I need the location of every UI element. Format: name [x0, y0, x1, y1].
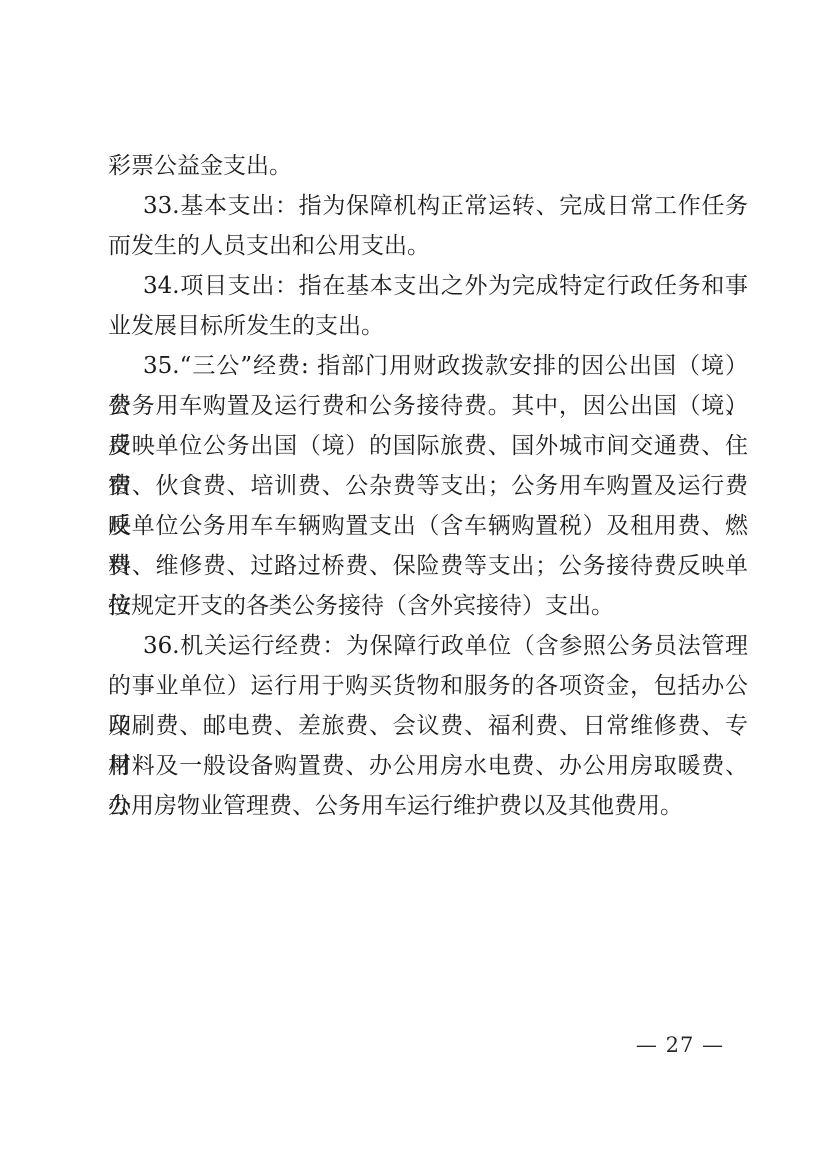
document-line: 34.项目支出：指在基本支出之外为完成特定行政任务和事	[108, 266, 748, 306]
document-line: 映单位公务用车车辆购置支出（含车辆购置税）及租用费、燃料	[108, 506, 748, 546]
document-line: 公用房物业管理费、公务用车运行维护费以及其他费用。	[108, 786, 748, 826]
document-line: 材料及一般设备购置费、办公用房水电费、办公用房取暖费、办	[108, 746, 748, 786]
page-number: — 27 —	[636, 1032, 724, 1058]
document-line: 而发生的人员支出和公用支出。	[108, 226, 748, 266]
document-line: 35.“三公”经费: 指部门用财政拨款安排的因公出国（境）费、	[108, 346, 748, 386]
document-line: 费、伙食费、培训费、公杂费等支出；公务用车购置及运行费反	[108, 466, 748, 506]
document-body: 彩票公益金支出。33.基本支出：指为保障机构正常运转、完成日常工作任务而发生的人…	[108, 146, 748, 826]
document-line: 33.基本支出：指为保障机构正常运转、完成日常工作任务	[108, 186, 748, 226]
document-line: 的事业单位）运行用于购买货物和服务的各项资金，包括办公及	[108, 666, 748, 706]
document-line: 反映单位公务出国（境）的国际旅费、国外城市间交通费、住宿	[108, 426, 748, 466]
document-line: 公务用车购置及运行费和公务接待费。其中，因公出国（境）费	[108, 386, 748, 426]
document-line: 按规定开支的各类公务接待（含外宾接待）支出。	[108, 586, 748, 626]
document-line: 费、维修费、过路过桥费、保险费等支出；公务接待费反映单位	[108, 546, 748, 586]
document-line: 36.机关运行经费：为保障行政单位（含参照公务员法管理	[108, 626, 748, 666]
document-page: 彩票公益金支出。33.基本支出：指为保障机构正常运转、完成日常工作任务而发生的人…	[0, 0, 826, 1169]
document-line: 业发展目标所发生的支出。	[108, 306, 748, 346]
document-line: 彩票公益金支出。	[108, 146, 748, 186]
document-line: 印刷费、邮电费、差旅费、会议费、福利费、日常维修费、专用	[108, 706, 748, 746]
